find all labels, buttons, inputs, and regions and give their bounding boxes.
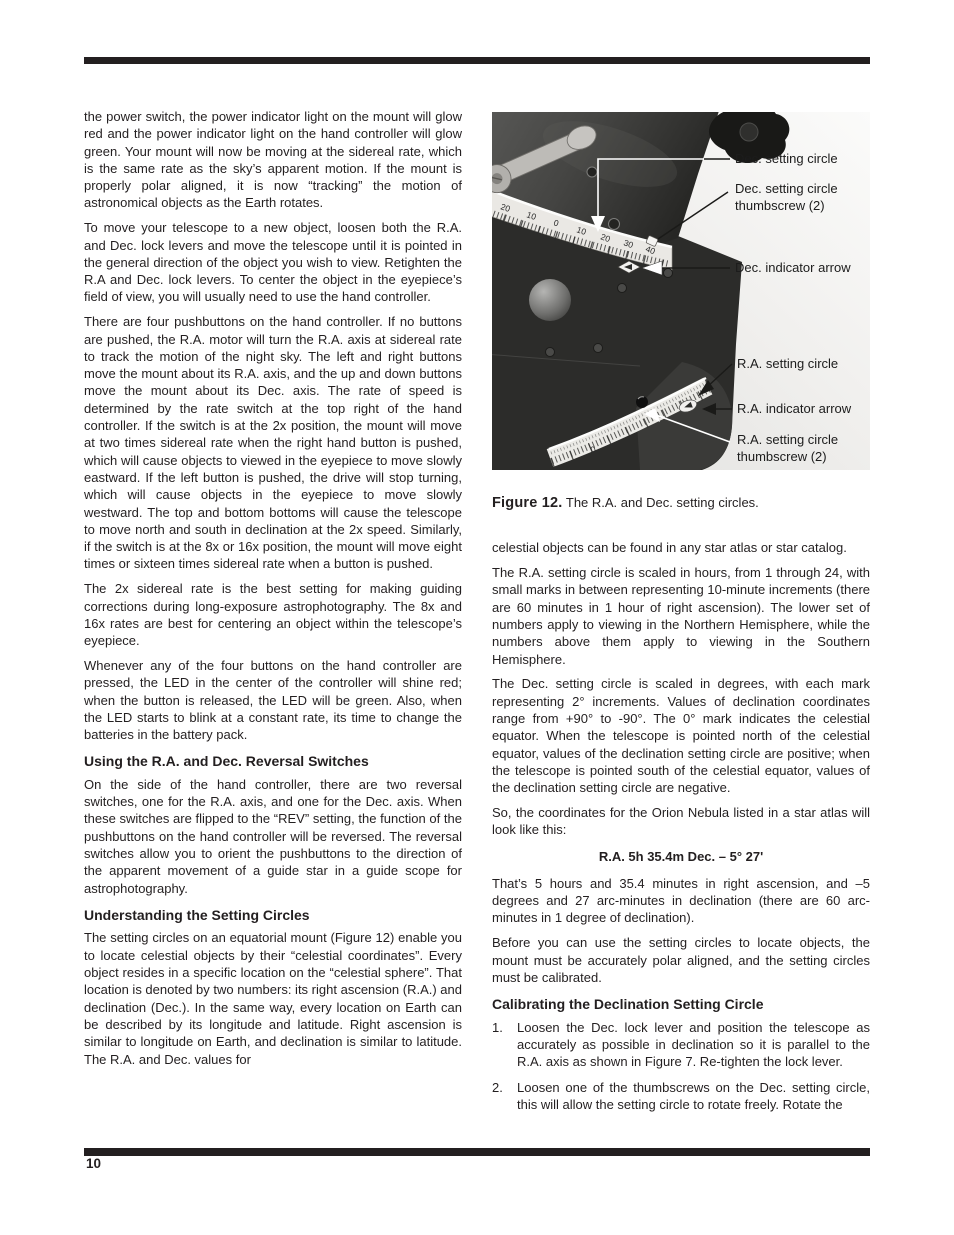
paragraph: So, the coordinates for the Orion Nebula…: [492, 804, 870, 839]
figure-label-ra-thumbscrew-line1: R.A. setting circle: [737, 432, 838, 447]
figure-caption: Figure 12. The R.A. and Dec. setting cir…: [492, 495, 870, 511]
left-column: the power switch, the power indicator li…: [84, 108, 462, 1075]
figure-label-dec-indicator-arrow: Dec. indicator arrow: [735, 260, 851, 275]
figure-label-ra-indicator-arrow: R.A. indicator arrow: [737, 401, 852, 416]
screw-icon: [609, 219, 620, 230]
paragraph: The setting circles on an equatorial mou…: [84, 929, 462, 1067]
ra-thumbscrew-knob: [636, 396, 648, 408]
paragraph: the power switch, the power indicator li…: [84, 108, 462, 212]
telescope-mount-photo: 0: [492, 112, 870, 470]
paragraph: There are four pushbuttons on the hand c…: [84, 313, 462, 572]
paragraph: That’s 5 hours and 35.4 minutes in right…: [492, 875, 870, 927]
bottom-rule: [84, 1148, 870, 1156]
figure-label-ra-thumbscrew-line2: thumbscrew (2): [737, 449, 827, 464]
figure-label-dec-setting-circle: Dec. setting circle: [735, 151, 838, 166]
figure-label-ra-setting-circle: R.A. setting circle: [737, 356, 838, 371]
right-column: 0: [492, 110, 870, 1121]
list-item-text: Loosen one of the thumbscrews on the Dec…: [517, 1079, 870, 1114]
coordinates-example: R.A. 5h 35.4m Dec. – 5° 27': [492, 848, 870, 865]
manual-page: the power switch, the power indicator li…: [0, 0, 954, 1235]
list-item-number: 2.: [492, 1079, 517, 1114]
top-rule: [84, 57, 870, 64]
section-heading-setting-circles: Understanding the Setting Circles: [84, 907, 462, 924]
paragraph: To move your telescope to a new object, …: [84, 219, 462, 305]
paragraph: The R.A. setting circle is scaled in hou…: [492, 564, 870, 668]
figure-caption-label: Figure 12.: [492, 495, 563, 511]
paragraph: The 2x sidereal rate is the best setting…: [84, 580, 462, 649]
paragraph: On the side of the hand controller, ther…: [84, 776, 462, 897]
paragraph: celestial objects can be found in any st…: [492, 539, 870, 556]
section-heading-calibrating-dec: Calibrating the Declination Setting Circ…: [492, 996, 870, 1013]
screw-icon: [546, 348, 555, 357]
screw-icon: [594, 344, 603, 353]
figure-label-dec-thumbscrew-line1: Dec. setting circle: [735, 181, 838, 196]
numbered-steps: 1. Loosen the Dec. lock lever and positi…: [492, 1019, 870, 1113]
screw-icon: [587, 167, 597, 177]
list-item-text: Loosen the Dec. lock lever and position …: [517, 1019, 870, 1071]
screw-icon: [618, 284, 627, 293]
paragraph: The Dec. setting circle is scaled in deg…: [492, 675, 870, 796]
figure-caption-text: The R.A. and Dec. setting circles.: [563, 495, 759, 510]
list-item: 2. Loosen one of the thumbscrews on the …: [492, 1079, 870, 1114]
paragraph: Whenever any of the four buttons on the …: [84, 657, 462, 743]
bolt-head: [529, 279, 571, 321]
list-item: 1. Loosen the Dec. lock lever and positi…: [492, 1019, 870, 1071]
section-heading-reversal-switches: Using the R.A. and Dec. Reversal Switche…: [84, 753, 462, 770]
page-number: 10: [86, 1156, 101, 1171]
screw-icon: [664, 269, 673, 278]
figure-12-photo: 0: [492, 112, 870, 474]
paragraph: Before you can use the setting circles t…: [492, 934, 870, 986]
list-item-number: 1.: [492, 1019, 517, 1071]
figure-label-dec-thumbscrew-line2: thumbscrew (2): [735, 198, 825, 213]
